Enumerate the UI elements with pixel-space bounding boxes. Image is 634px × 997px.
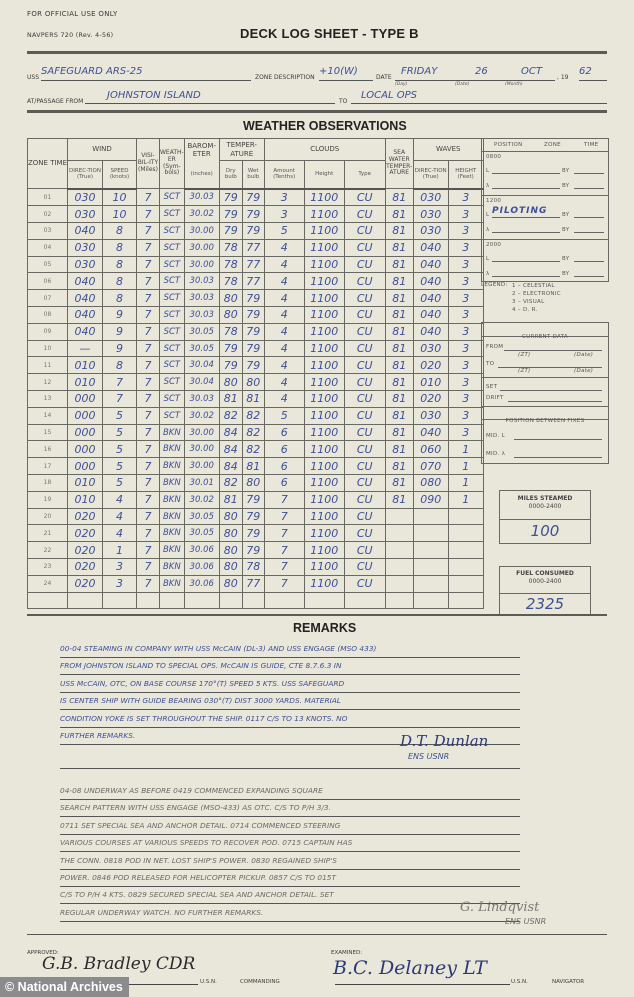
cell-cloud-amount[interactable]: 5: [264, 407, 304, 424]
cell-cloud-height[interactable]: 1100: [304, 491, 344, 508]
cell-visibility[interactable]: 7: [137, 475, 160, 492]
cell-cloud-amount[interactable]: 6: [264, 424, 304, 441]
cell-wind-speed[interactable]: 9: [103, 340, 137, 357]
cell-cloud-height[interactable]: 1100: [304, 542, 344, 559]
cell-wave-direction[interactable]: 040: [413, 424, 448, 441]
cell-wave-direction[interactable]: 010: [413, 374, 448, 391]
cell-wave-direction[interactable]: 040: [413, 290, 448, 307]
cell-wet-bulb[interactable]: 79: [242, 223, 264, 240]
cell-weather[interactable]: BKN: [160, 508, 185, 525]
cell-cloud-amount[interactable]: 4: [264, 374, 304, 391]
cell-dry-bulb[interactable]: 80: [219, 559, 242, 576]
cell-sea-water-temp[interactable]: [385, 525, 413, 542]
cell-dry-bulb[interactable]: 84: [219, 441, 242, 458]
cell-wind-speed[interactable]: 8: [103, 256, 137, 273]
cell-blank[interactable]: [448, 592, 483, 609]
cell-dry-bulb[interactable]: 79: [219, 189, 242, 206]
cell-visibility[interactable]: 7: [137, 525, 160, 542]
cell-wind-speed[interactable]: 9: [103, 323, 137, 340]
cell-wind-direction[interactable]: 000: [68, 441, 103, 458]
cell-weather[interactable]: BKN: [160, 491, 185, 508]
cell-wet-bulb[interactable]: 77: [242, 575, 264, 592]
cell-visibility[interactable]: 7: [137, 441, 160, 458]
cell-wave-height[interactable]: 1: [448, 458, 483, 475]
cell-wave-direction[interactable]: [413, 508, 448, 525]
by-field[interactable]: [574, 223, 604, 233]
cell-wind-direction[interactable]: 010: [68, 374, 103, 391]
cell-wet-bulb[interactable]: 82: [242, 441, 264, 458]
cell-cloud-height[interactable]: 1100: [304, 256, 344, 273]
cell-visibility[interactable]: 7: [137, 357, 160, 374]
cell-wave-direction[interactable]: [413, 525, 448, 542]
cell-cloud-type[interactable]: CU: [344, 189, 385, 206]
cell-sea-water-temp[interactable]: 81: [385, 491, 413, 508]
cell-cloud-amount[interactable]: 7: [264, 491, 304, 508]
cell-wind-speed[interactable]: 8: [103, 357, 137, 374]
cell-wave-height[interactable]: 3: [448, 323, 483, 340]
cell-wind-direction[interactable]: —: [68, 340, 103, 357]
cell-cloud-type[interactable]: CU: [344, 223, 385, 240]
cell-barometer[interactable]: 30.02: [184, 491, 219, 508]
cell-cloud-amount[interactable]: 6: [264, 475, 304, 492]
cell-sea-water-temp[interactable]: 81: [385, 475, 413, 492]
cell-cloud-height[interactable]: 1100: [304, 575, 344, 592]
set-field[interactable]: [500, 381, 602, 391]
cell-cloud-amount[interactable]: 6: [264, 441, 304, 458]
cell-wind-speed[interactable]: 4: [103, 491, 137, 508]
cell-cloud-amount[interactable]: 3: [264, 189, 304, 206]
cell-cloud-height[interactable]: 1100: [304, 340, 344, 357]
cell-wave-height[interactable]: 3: [448, 391, 483, 408]
cell-wind-speed[interactable]: 3: [103, 575, 137, 592]
cell-visibility[interactable]: 7: [137, 542, 160, 559]
cell-wet-bulb[interactable]: 82: [242, 424, 264, 441]
cell-blank[interactable]: [160, 592, 185, 609]
passage-to-field[interactable]: LOCAL OPS: [351, 90, 607, 104]
cell-visibility[interactable]: 7: [137, 290, 160, 307]
cell-wind-direction[interactable]: 020: [68, 508, 103, 525]
cell-wind-direction[interactable]: 020: [68, 542, 103, 559]
cell-wind-direction[interactable]: 030: [68, 206, 103, 223]
cell-sea-water-temp[interactable]: 81: [385, 273, 413, 290]
cell-cloud-type[interactable]: CU: [344, 307, 385, 324]
cell-weather[interactable]: SCT: [160, 307, 185, 324]
cell-visibility[interactable]: 7: [137, 508, 160, 525]
cell-dry-bulb[interactable]: 82: [219, 475, 242, 492]
cell-cloud-type[interactable]: CU: [344, 542, 385, 559]
cell-wave-direction[interactable]: [413, 575, 448, 592]
cell-wave-direction[interactable]: 080: [413, 475, 448, 492]
cell-cloud-height[interactable]: 1100: [304, 424, 344, 441]
cell-sea-water-temp[interactable]: 81: [385, 407, 413, 424]
cell-blank[interactable]: [137, 592, 160, 609]
cell-wind-direction[interactable]: 010: [68, 475, 103, 492]
cell-weather[interactable]: SCT: [160, 407, 185, 424]
cell-weather[interactable]: BKN: [160, 542, 185, 559]
cell-sea-water-temp[interactable]: [385, 575, 413, 592]
cell-wave-height[interactable]: 3: [448, 273, 483, 290]
cell-visibility[interactable]: 7: [137, 256, 160, 273]
passage-from-field[interactable]: JOHNSTON ISLAND: [85, 90, 335, 104]
cell-cloud-type[interactable]: CU: [344, 508, 385, 525]
current-from-field[interactable]: [504, 341, 602, 351]
cell-wind-direction[interactable]: 000: [68, 458, 103, 475]
mid-lambda-field[interactable]: [514, 448, 602, 458]
cell-sea-water-temp[interactable]: 81: [385, 223, 413, 240]
cell-wave-direction[interactable]: 040: [413, 323, 448, 340]
cell-wet-bulb[interactable]: 79: [242, 508, 264, 525]
cell-wave-height[interactable]: 1: [448, 441, 483, 458]
cell-dry-bulb[interactable]: 79: [219, 340, 242, 357]
cell-cloud-amount[interactable]: 4: [264, 256, 304, 273]
cell-barometer[interactable]: 30.01: [184, 475, 219, 492]
cell-sea-water-temp[interactable]: [385, 508, 413, 525]
cell-visibility[interactable]: 7: [137, 559, 160, 576]
cell-wet-bulb[interactable]: 79: [242, 323, 264, 340]
drift-field[interactable]: [508, 392, 602, 402]
cell-barometer[interactable]: 30.06: [184, 575, 219, 592]
cell-cloud-type[interactable]: CU: [344, 525, 385, 542]
cell-weather[interactable]: SCT: [160, 323, 185, 340]
cell-wave-height[interactable]: 3: [448, 340, 483, 357]
cell-cloud-amount[interactable]: 4: [264, 357, 304, 374]
l-field[interactable]: [492, 162, 560, 174]
cell-wave-height[interactable]: 1: [448, 475, 483, 492]
cell-weather[interactable]: BKN: [160, 441, 185, 458]
cell-dry-bulb[interactable]: 80: [219, 290, 242, 307]
cell-wet-bulb[interactable]: 77: [242, 256, 264, 273]
cell-wind-speed[interactable]: 5: [103, 424, 137, 441]
cell-weather[interactable]: BKN: [160, 424, 185, 441]
cell-cloud-amount[interactable]: 4: [264, 239, 304, 256]
cell-cloud-type[interactable]: CU: [344, 290, 385, 307]
cell-wet-bulb[interactable]: 79: [242, 542, 264, 559]
cell-blank[interactable]: [304, 592, 344, 609]
cell-cloud-height[interactable]: 1100: [304, 374, 344, 391]
cell-visibility[interactable]: 7: [137, 391, 160, 408]
cell-cloud-amount[interactable]: 5: [264, 223, 304, 240]
year-field[interactable]: 62: [579, 66, 607, 81]
cell-wave-direction[interactable]: 060: [413, 441, 448, 458]
cell-wave-height[interactable]: 3: [448, 290, 483, 307]
cell-wave-direction[interactable]: [413, 559, 448, 576]
cell-cloud-height[interactable]: 1100: [304, 189, 344, 206]
cell-barometer[interactable]: 30.05: [184, 508, 219, 525]
cell-weather[interactable]: BKN: [160, 458, 185, 475]
ship-name-field[interactable]: SAFEGUARD ARS-25: [41, 66, 251, 81]
cell-cloud-height[interactable]: 1100: [304, 525, 344, 542]
cell-wind-speed[interactable]: 8: [103, 290, 137, 307]
cell-wind-direction[interactable]: 000: [68, 391, 103, 408]
cell-cloud-type[interactable]: CU: [344, 559, 385, 576]
cell-wind-speed[interactable]: 7: [103, 391, 137, 408]
cell-wind-direction[interactable]: 040: [68, 323, 103, 340]
cell-blank[interactable]: [413, 592, 448, 609]
cell-wind-direction[interactable]: 040: [68, 223, 103, 240]
cell-blank[interactable]: [344, 592, 385, 609]
cell-cloud-height[interactable]: 1100: [304, 223, 344, 240]
cell-dry-bulb[interactable]: 79: [219, 223, 242, 240]
cell-cloud-height[interactable]: 1100: [304, 273, 344, 290]
l-field[interactable]: PILOTING: [492, 206, 560, 218]
cell-visibility[interactable]: 7: [137, 374, 160, 391]
cell-barometer[interactable]: 30.03: [184, 273, 219, 290]
cell-barometer[interactable]: 30.00: [184, 256, 219, 273]
cell-cloud-type[interactable]: CU: [344, 357, 385, 374]
cell-wet-bulb[interactable]: 79: [242, 357, 264, 374]
cell-dry-bulb[interactable]: 80: [219, 525, 242, 542]
cell-wind-speed[interactable]: 5: [103, 407, 137, 424]
cell-wind-speed[interactable]: 5: [103, 475, 137, 492]
cell-visibility[interactable]: 7: [137, 407, 160, 424]
cell-wet-bulb[interactable]: 81: [242, 391, 264, 408]
cell-wave-height[interactable]: 3: [448, 424, 483, 441]
cell-barometer[interactable]: 30.05: [184, 323, 219, 340]
cell-weather[interactable]: BKN: [160, 559, 185, 576]
zone-field[interactable]: +10(W): [319, 66, 373, 81]
cell-sea-water-temp[interactable]: 81: [385, 458, 413, 475]
cell-barometer[interactable]: 30.06: [184, 559, 219, 576]
cell-wet-bulb[interactable]: 79: [242, 290, 264, 307]
cell-wet-bulb[interactable]: 79: [242, 307, 264, 324]
cell-wind-speed[interactable]: 3: [103, 559, 137, 576]
cell-dry-bulb[interactable]: 78: [219, 273, 242, 290]
date-field[interactable]: FRIDAY 26 OCT: [395, 66, 555, 81]
cell-dry-bulb[interactable]: 82: [219, 407, 242, 424]
cell-wave-height[interactable]: 3: [448, 189, 483, 206]
cell-weather[interactable]: SCT: [160, 273, 185, 290]
cell-barometer[interactable]: 30.03: [184, 290, 219, 307]
cell-wet-bulb[interactable]: 79: [242, 340, 264, 357]
cell-cloud-type[interactable]: CU: [344, 374, 385, 391]
cell-wave-direction[interactable]: 020: [413, 357, 448, 374]
cell-cloud-height[interactable]: 1100: [304, 559, 344, 576]
cell-barometer[interactable]: 30.03: [184, 307, 219, 324]
by-field[interactable]: [574, 179, 604, 189]
cell-cloud-height[interactable]: 1100: [304, 391, 344, 408]
cell-cloud-type[interactable]: CU: [344, 391, 385, 408]
cell-dry-bulb[interactable]: 80: [219, 374, 242, 391]
cell-dry-bulb[interactable]: 81: [219, 491, 242, 508]
cell-barometer[interactable]: 30.02: [184, 206, 219, 223]
cell-wet-bulb[interactable]: 82: [242, 407, 264, 424]
cell-wave-height[interactable]: 3: [448, 223, 483, 240]
cell-wave-direction[interactable]: 030: [413, 206, 448, 223]
cell-wave-height[interactable]: [448, 575, 483, 592]
cell-sea-water-temp[interactable]: 81: [385, 239, 413, 256]
cell-wave-height[interactable]: 3: [448, 357, 483, 374]
cell-wave-direction[interactable]: 030: [413, 340, 448, 357]
cell-wave-direction[interactable]: 020: [413, 391, 448, 408]
cell-visibility[interactable]: 7: [137, 206, 160, 223]
cell-wave-direction[interactable]: 030: [413, 407, 448, 424]
cell-sea-water-temp[interactable]: 81: [385, 441, 413, 458]
cell-cloud-type[interactable]: CU: [344, 424, 385, 441]
cell-cloud-type[interactable]: CU: [344, 340, 385, 357]
cell-wind-speed[interactable]: 9: [103, 307, 137, 324]
cell-cloud-amount[interactable]: 3: [264, 206, 304, 223]
cell-wind-speed[interactable]: 7: [103, 374, 137, 391]
cell-wave-direction[interactable]: 040: [413, 239, 448, 256]
cell-cloud-height[interactable]: 1100: [304, 239, 344, 256]
cell-visibility[interactable]: 7: [137, 189, 160, 206]
miles-steamed-value[interactable]: 100: [500, 520, 590, 542]
cell-wave-direction[interactable]: 040: [413, 273, 448, 290]
cell-sea-water-temp[interactable]: 81: [385, 340, 413, 357]
cell-barometer[interactable]: 30.00: [184, 223, 219, 240]
cell-cloud-height[interactable]: 1100: [304, 290, 344, 307]
cell-weather[interactable]: SCT: [160, 206, 185, 223]
cell-barometer[interactable]: 30.00: [184, 441, 219, 458]
by-field[interactable]: [574, 267, 604, 277]
cell-blank[interactable]: [28, 592, 68, 609]
cell-wet-bulb[interactable]: 80: [242, 374, 264, 391]
cell-weather[interactable]: SCT: [160, 374, 185, 391]
cell-sea-water-temp[interactable]: 81: [385, 256, 413, 273]
cell-dry-bulb[interactable]: 80: [219, 307, 242, 324]
cell-weather[interactable]: BKN: [160, 525, 185, 542]
cell-cloud-height[interactable]: 1100: [304, 206, 344, 223]
cell-wind-direction[interactable]: 020: [68, 525, 103, 542]
cell-dry-bulb[interactable]: 80: [219, 542, 242, 559]
lambda-field[interactable]: [492, 267, 560, 277]
cell-blank[interactable]: [184, 592, 219, 609]
cell-wave-direction[interactable]: 040: [413, 307, 448, 324]
cell-cloud-height[interactable]: 1100: [304, 441, 344, 458]
cell-wave-height[interactable]: [448, 525, 483, 542]
cell-cloud-height[interactable]: 1100: [304, 508, 344, 525]
cell-blank[interactable]: [242, 592, 264, 609]
cell-wind-speed[interactable]: 8: [103, 223, 137, 240]
cell-sea-water-temp[interactable]: 81: [385, 290, 413, 307]
cell-cloud-height[interactable]: 1100: [304, 458, 344, 475]
lambda-field[interactable]: [492, 223, 560, 233]
cell-barometer[interactable]: 30.02: [184, 407, 219, 424]
cell-cloud-amount[interactable]: 7: [264, 559, 304, 576]
cell-dry-bulb[interactable]: 80: [219, 508, 242, 525]
cell-dry-bulb[interactable]: 78: [219, 323, 242, 340]
cell-barometer[interactable]: 30.00: [184, 424, 219, 441]
cell-wave-direction[interactable]: 030: [413, 189, 448, 206]
cell-sea-water-temp[interactable]: 81: [385, 374, 413, 391]
cell-weather[interactable]: BKN: [160, 475, 185, 492]
cell-barometer[interactable]: 30.04: [184, 374, 219, 391]
cell-dry-bulb[interactable]: 78: [219, 256, 242, 273]
cell-cloud-type[interactable]: CU: [344, 441, 385, 458]
cell-wind-direction[interactable]: 030: [68, 239, 103, 256]
by-field[interactable]: [574, 252, 604, 262]
cell-wet-bulb[interactable]: 79: [242, 491, 264, 508]
cell-wind-speed[interactable]: 1: [103, 542, 137, 559]
cell-wind-direction[interactable]: 040: [68, 273, 103, 290]
cell-dry-bulb[interactable]: 84: [219, 458, 242, 475]
cell-cloud-type[interactable]: CU: [344, 239, 385, 256]
cell-wave-height[interactable]: 3: [448, 239, 483, 256]
cell-cloud-type[interactable]: CU: [344, 256, 385, 273]
cell-blank[interactable]: [68, 592, 103, 609]
cell-dry-bulb[interactable]: 84: [219, 424, 242, 441]
cell-weather[interactable]: SCT: [160, 391, 185, 408]
cell-wave-height[interactable]: 3: [448, 256, 483, 273]
cell-wind-direction[interactable]: 010: [68, 357, 103, 374]
cell-wind-direction[interactable]: 000: [68, 407, 103, 424]
cell-wind-speed[interactable]: 4: [103, 508, 137, 525]
cell-dry-bulb[interactable]: 78: [219, 239, 242, 256]
mid-l-field[interactable]: [514, 430, 602, 440]
cell-barometer[interactable]: 30.04: [184, 357, 219, 374]
cell-visibility[interactable]: 7: [137, 458, 160, 475]
cell-wave-height[interactable]: 3: [448, 407, 483, 424]
cell-wet-bulb[interactable]: 79: [242, 525, 264, 542]
cell-wet-bulb[interactable]: 79: [242, 206, 264, 223]
cell-sea-water-temp[interactable]: [385, 542, 413, 559]
cell-wet-bulb[interactable]: 79: [242, 189, 264, 206]
cell-cloud-type[interactable]: CU: [344, 407, 385, 424]
cell-sea-water-temp[interactable]: 81: [385, 323, 413, 340]
cell-wind-speed[interactable]: 10: [103, 206, 137, 223]
cell-wave-height[interactable]: 3: [448, 307, 483, 324]
cell-sea-water-temp[interactable]: 81: [385, 357, 413, 374]
cell-wave-direction[interactable]: 030: [413, 223, 448, 240]
cell-weather[interactable]: SCT: [160, 256, 185, 273]
cell-wet-bulb[interactable]: 77: [242, 239, 264, 256]
cell-sea-water-temp[interactable]: 81: [385, 206, 413, 223]
cell-visibility[interactable]: 7: [137, 424, 160, 441]
cell-cloud-amount[interactable]: 4: [264, 273, 304, 290]
cell-weather[interactable]: SCT: [160, 340, 185, 357]
cell-cloud-type[interactable]: CU: [344, 475, 385, 492]
cell-barometer[interactable]: 30.05: [184, 525, 219, 542]
cell-wave-height[interactable]: [448, 508, 483, 525]
cell-sea-water-temp[interactable]: 81: [385, 189, 413, 206]
cell-wave-height[interactable]: [448, 559, 483, 576]
cell-cloud-height[interactable]: 1100: [304, 357, 344, 374]
cell-visibility[interactable]: 7: [137, 323, 160, 340]
cell-sea-water-temp[interactable]: 81: [385, 391, 413, 408]
cell-blank[interactable]: [219, 592, 242, 609]
cell-cloud-type[interactable]: CU: [344, 206, 385, 223]
cell-cloud-type[interactable]: CU: [344, 458, 385, 475]
cell-blank[interactable]: [385, 592, 413, 609]
cell-visibility[interactable]: 7: [137, 575, 160, 592]
cell-weather[interactable]: SCT: [160, 189, 185, 206]
cell-dry-bulb[interactable]: 81: [219, 391, 242, 408]
cell-cloud-amount[interactable]: 7: [264, 508, 304, 525]
cell-wave-direction[interactable]: 040: [413, 256, 448, 273]
cell-cloud-type[interactable]: CU: [344, 323, 385, 340]
cell-wave-direction[interactable]: 090: [413, 491, 448, 508]
fuel-consumed-value[interactable]: 2325: [500, 594, 590, 614]
cell-weather[interactable]: SCT: [160, 239, 185, 256]
cell-wind-speed[interactable]: 5: [103, 441, 137, 458]
current-to-field[interactable]: [498, 358, 602, 368]
cell-wind-direction[interactable]: 010: [68, 491, 103, 508]
cell-sea-water-temp[interactable]: [385, 559, 413, 576]
cell-visibility[interactable]: 7: [137, 340, 160, 357]
cell-wave-direction[interactable]: [413, 542, 448, 559]
cell-visibility[interactable]: 7: [137, 307, 160, 324]
cell-dry-bulb[interactable]: 79: [219, 206, 242, 223]
cell-blank[interactable]: [264, 592, 304, 609]
cell-wind-speed[interactable]: 8: [103, 273, 137, 290]
cell-dry-bulb[interactable]: 80: [219, 575, 242, 592]
cell-barometer[interactable]: 30.06: [184, 542, 219, 559]
cell-cloud-amount[interactable]: 7: [264, 525, 304, 542]
cell-wave-height[interactable]: 3: [448, 206, 483, 223]
cell-wind-direction[interactable]: 020: [68, 575, 103, 592]
cell-wind-direction[interactable]: 000: [68, 424, 103, 441]
cell-wind-direction[interactable]: 030: [68, 189, 103, 206]
